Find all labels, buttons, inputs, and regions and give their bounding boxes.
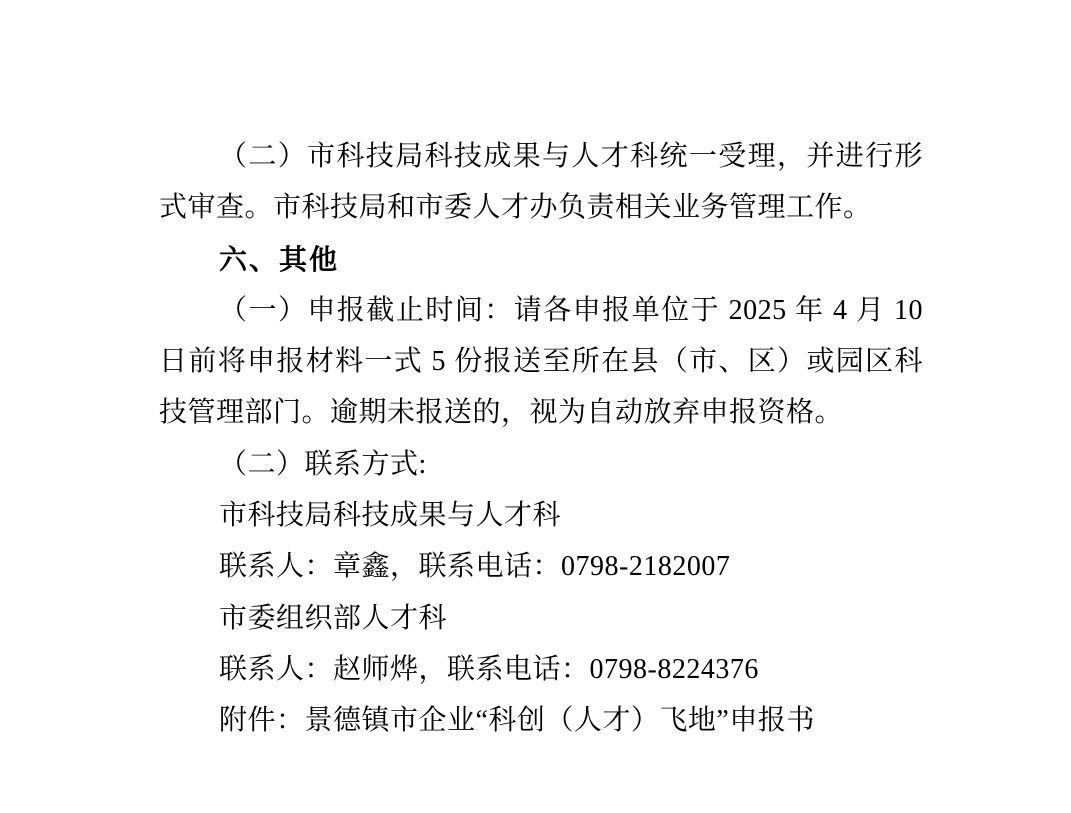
section-heading: 六、其他	[159, 234, 923, 285]
paragraph-line: 式审查。市科技局和市委人才办负责相关业务管理工作。	[159, 182, 923, 233]
paragraph-line: （一）申报截止时间：请各申报单位于 2025 年 4 月 10	[159, 285, 923, 336]
paragraph-line: （二）市科技局科技成果与人才科统一受理，并进行形	[159, 131, 923, 182]
contact-person-phone: 联系人：赵师烨，联系电话：0798-8224376	[159, 644, 923, 695]
document-text-block: （二）市科技局科技成果与人才科统一受理，并进行形 式审查。市科技局和市委人才办负…	[159, 131, 923, 747]
paragraph-line: 日前将申报材料一式 5 份报送至所在县（市、区）或园区科	[159, 336, 923, 387]
contact-person-phone: 联系人：章鑫，联系电话：0798-2182007	[159, 541, 923, 592]
paragraph-line: 技管理部门。逾期未报送的，视为自动放弃申报资格。	[159, 387, 923, 438]
contact-section-label: （二）联系方式:	[159, 439, 923, 490]
contact-department: 市科技局科技成果与人才科	[159, 490, 923, 541]
document-page: （二）市科技局科技成果与人才科统一受理，并进行形 式审查。市科技局和市委人才办负…	[0, 0, 1071, 813]
contact-department: 市委组织部人才科	[159, 593, 923, 644]
attachment-line: 附件：景德镇市企业“科创（人才）飞地”申报书	[159, 695, 923, 746]
